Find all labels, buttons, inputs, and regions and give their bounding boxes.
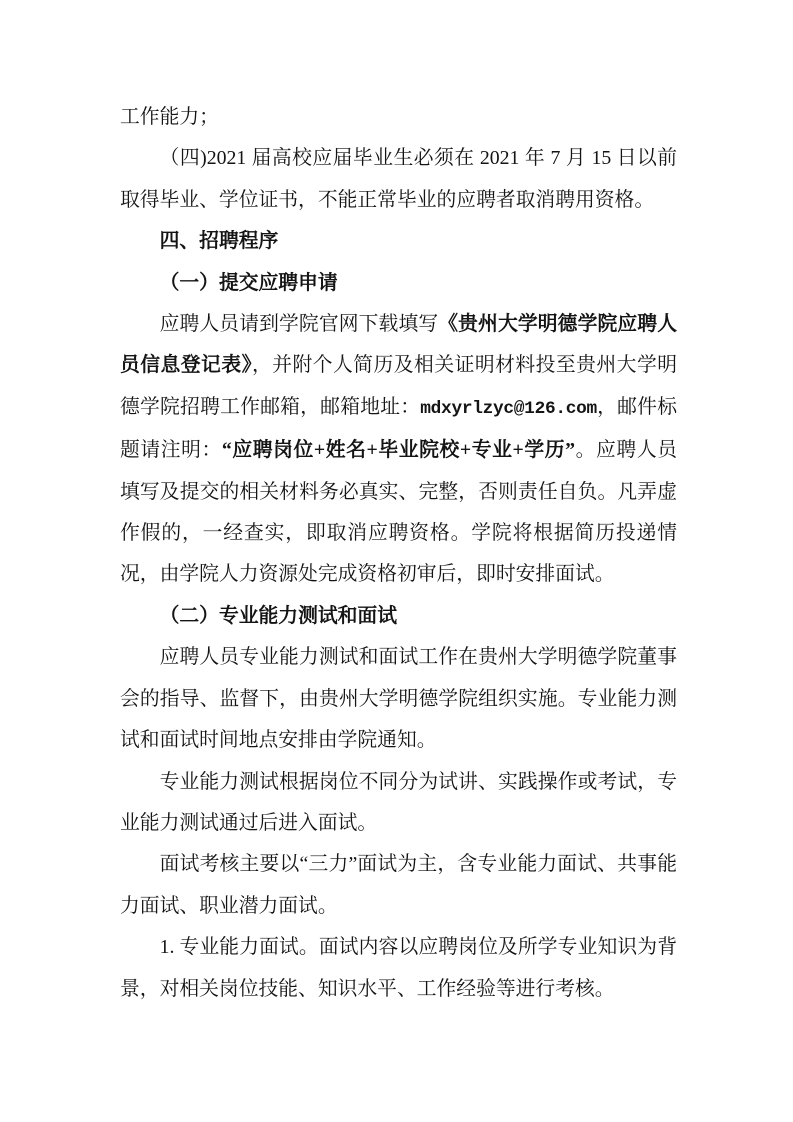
para-three-abilities-interview: 面试考核主要以“三力”面试为主，含专业能力面试、共事能力面试、职业潜力面试。	[120, 844, 677, 927]
text-segment: 工作能力；	[120, 106, 219, 128]
para-test-types: 专业能力测试根据岗位不同分为试讲、实践操作或考试，专业能力测试通过后进入面试。	[120, 762, 677, 845]
text-segment: 面试考核主要以“三力”面试为主，含专业能力面试、共事能力面试、职业潜力面试。	[120, 853, 677, 916]
text-segment: 专业能力测试根据岗位不同分为试讲、实践操作或考试，专业能力测试通过后进入面试。	[120, 771, 677, 834]
text-segment: （二）专业能力测试和面试	[160, 605, 397, 627]
text-segment: （一）提交应聘申请	[160, 272, 338, 294]
text-segment: 应聘人员请到学院官网下载填写	[160, 313, 439, 335]
para-test-organization: 应聘人员专业能力测试和面试工作在贵州大学明德学院董事会的指导、监督下，由贵州大学…	[120, 637, 677, 761]
para-professional-ability-interview: 1. 专业能力面试。面试内容以应聘岗位及所学专业知识为背景，对相关岗位技能、知识…	[120, 927, 677, 1010]
para-application-instructions: 应聘人员请到学院官网下载填写《贵州大学明德学院应聘人员信息登记表》，并附个人简历…	[120, 304, 677, 596]
document-body: 工作能力；（四)2021 届高校应届毕业生必须在 2021 年 7 月 15 日…	[120, 97, 677, 1010]
para-item-four-graduates: （四)2021 届高校应届毕业生必须在 2021 年 7 月 15 日以前取得毕…	[120, 138, 677, 221]
heading-submit-application: （一）提交应聘申请	[120, 263, 677, 304]
text-segment: （四)2021 届高校应届毕业生必须在 2021 年 7 月 15 日以前取得毕…	[120, 147, 677, 210]
text-segment: 应聘人员专业能力测试和面试工作在贵州大学明德学院董事会的指导、监督下，由贵州大学…	[120, 646, 677, 751]
heading-section-four-recruitment-procedure: 四、招聘程序	[120, 221, 677, 262]
document-page: 工作能力；（四)2021 届高校应届毕业生必须在 2021 年 7 月 15 日…	[0, 0, 793, 1122]
heading-ability-test-and-interview: （二）专业能力测试和面试	[120, 596, 677, 637]
recruitment-email-address: mdxyrlzyc@126.com	[420, 399, 597, 419]
email-subject-format: “应聘岗位+姓名+毕业院校+专业+学历”	[222, 439, 575, 461]
para-work-ability: 工作能力；	[120, 97, 677, 138]
text-segment: 1. 专业能力面试。面试内容以应聘岗位及所学专业知识为背景，对相关岗位技能、知识…	[120, 936, 677, 999]
text-segment: 四、招聘程序	[160, 230, 279, 252]
